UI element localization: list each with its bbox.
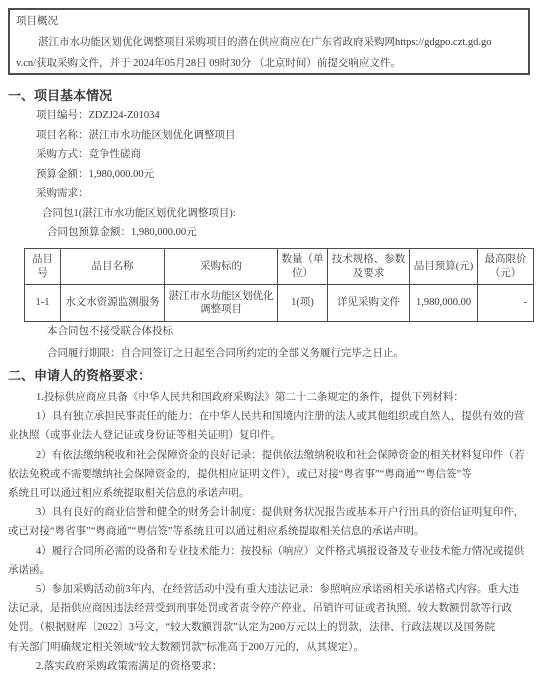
cell-max-price: -	[478, 285, 534, 322]
cell-quantity: 1(项)	[278, 285, 328, 322]
text-line: 2.落实政府采购政策需满足的资格要求：	[8, 657, 532, 676]
text-line: 本合同包不接受联合体投标	[47, 321, 404, 343]
text-line: 法记录，是指供应商因违法经营受到刑事处罚或者责令停产停业、吊销许可证或者执照、较…	[8, 599, 532, 618]
text-line: 合同包1(湛江市水功能区划优化调整项目):	[36, 204, 236, 224]
cell-tech-spec: 详见采购文件	[328, 285, 410, 322]
section1-heading: 一、项目基本情况	[8, 88, 112, 104]
col-header-item-budget: 品目预算(元)	[410, 249, 478, 285]
text-line: 或已对接“粤省事”“粤商通”“粤信签”等系统且可以通过相应系统提取相关信息的承诺…	[8, 522, 532, 541]
text-line: 预算金额：1,980,000.00元	[36, 165, 236, 185]
contract-notes: 本合同包不接受联合体投标合同履行期限：自合同签订之日起至合同所约定的全部义务履行…	[47, 321, 404, 364]
text-line: 1.投标供应商应具备《中华人民共和国政府采购法》第二十二条规定的条件，提供下列材…	[8, 388, 532, 407]
items-table-header-row: 品目号 品目名称 采购标的 数量（单位） 技术规格、参数及要求 品目预算(元) …	[25, 249, 534, 285]
col-header-item-name: 品目名称	[61, 249, 165, 285]
items-table: 品目号 品目名称 采购标的 数量（单位） 技术规格、参数及要求 品目预算(元) …	[24, 248, 534, 322]
procurement-notice-page: 项目概况 湛江市水功能区划优化调整项目采购项目的潜在供应商应在广东省政府采购网h…	[0, 0, 538, 680]
text-line: 依法免税或不需要缴纳社会保障资金的，提供相应证明文件），或已对接“粤省事”“粤商…	[8, 465, 532, 484]
text-line: 项目编号：ZDZJ24-Z01034	[36, 106, 236, 126]
overview-box-title: 项目概况	[16, 11, 522, 32]
text-line: 采购方式：竞争性磋商	[36, 145, 236, 165]
text-line: 有关部门明确规定相关领域“较大数额罚款”标准高于200万元的，从其规定）。	[8, 638, 532, 657]
text-line: 合同履行期限：自合同签订之日起至合同所约定的全部义务履行完毕之日止。	[47, 343, 404, 365]
items-table-row: 1-1 水文水资源监测服务 湛江市水功能区划优化调整项目 1(项) 详见采购文件…	[25, 285, 534, 322]
text-line: 业执照（或事业法人登记证或身份证等相关证明）复印件。	[8, 426, 532, 445]
section2-heading: 二、申请人的资格要求：	[8, 368, 151, 384]
qualification-requirements-text: 1.投标供应商应具备《中华人民共和国政府采购法》第二十二条规定的条件，提供下列材…	[8, 388, 532, 676]
text-line: 承诺函。	[8, 561, 532, 580]
text-line: 3）具有良好的商业信誉和健全的财务会计制度：提供财务状况报告或基本开户行出具的资…	[8, 503, 532, 522]
col-header-quantity: 数量（单位）	[278, 249, 328, 285]
col-header-item-no: 品目号	[25, 249, 61, 285]
col-header-max-price: 最高限价（元）	[478, 249, 534, 285]
cell-item-name: 水文水资源监测服务	[61, 285, 165, 322]
cell-item-budget: 1,980,000.00	[410, 285, 478, 322]
col-header-procurement-target: 采购标的	[165, 249, 278, 285]
project-info-list: 项目编号：ZDZJ24-Z01034项目名称：湛江市水功能区划优化调整项目采购方…	[36, 106, 236, 243]
text-line: 5）参加采购活动前3年内，在经营活动中没有重大违法记录：参照响应承诺函相关承诺格…	[8, 580, 532, 599]
project-overview-box: 项目概况 湛江市水功能区划优化调整项目采购项目的潜在供应商应在广东省政府采购网h…	[8, 8, 530, 75]
text-line: 采购需求：	[36, 184, 236, 204]
text-line: 处罚。（根据财库〔2022〕3号文，“较大数额罚款”认定为200万元以上的罚款，…	[8, 618, 532, 637]
text-line: v.cn/获取采购文件，并于 2024年05月28日 09时30分 （北京时间）…	[16, 53, 522, 74]
text-line: 合同包预算金额：1,980,000.00元	[36, 223, 236, 243]
text-line: 1）具有独立承担民事责任的能力：在中华人民共和国境内注册的法人或其他组织或自然人…	[8, 407, 532, 426]
text-line: 项目名称：湛江市水功能区划优化调整项目	[36, 126, 236, 146]
text-line: 系统且可以通过相应系统提取相关信息的承诺声明。	[8, 484, 532, 503]
cell-procurement-target: 湛江市水功能区划优化调整项目	[165, 285, 278, 322]
text-line: 湛江市水功能区划优化调整项目采购项目的潜在供应商应在广东省政府采购网https:…	[16, 32, 522, 53]
text-line: 4）履行合同所必需的设备和专业技术能力：按投标（响应）文件格式填报设备及专业技术…	[8, 542, 532, 561]
cell-item-no: 1-1	[25, 285, 61, 322]
col-header-tech-spec: 技术规格、参数及要求	[328, 249, 410, 285]
text-line: 2）有依法缴纳税收和社会保障资金的良好记录：提供依法缴纳税收和社会保障资金的相关…	[8, 446, 532, 465]
overview-box-text: 湛江市水功能区划优化调整项目采购项目的潜在供应商应在广东省政府采购网https:…	[16, 32, 522, 74]
